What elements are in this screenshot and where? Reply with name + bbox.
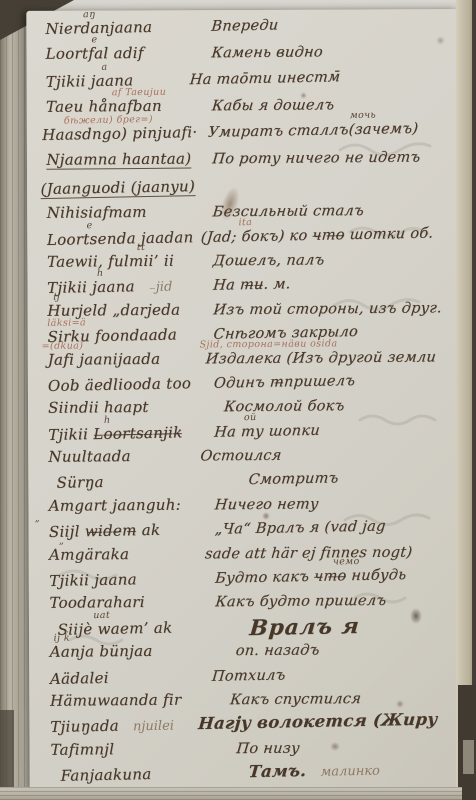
native-phrase: Sürŋa <box>50 470 222 492</box>
russian-translation: На тао̄ти инестм̄ <box>190 66 341 88</box>
russian-translation-text: (Jad; бокъ) ко ч̶т̶о̶ шотки об. <box>200 225 434 245</box>
native-phrase-text: Njaamna haantaa) <box>46 150 191 170</box>
native-phrase: e Loortfal adif <box>39 42 211 63</box>
translation-annotation: ita <box>238 217 252 228</box>
native-phrase-text: Nierdanjaana <box>45 18 152 38</box>
native-phrase-text: Taeu hånafban <box>46 97 162 116</box>
russian-translation: Кабы я дошелъ <box>212 94 335 114</box>
russian-translation: Sjid, сторона=нäви osida Издалека (Изъ д… <box>206 346 437 367</box>
russian-translation: Потхилъ <box>212 664 286 684</box>
russian-translation: Нагју волокется (Жиру <box>198 710 438 734</box>
russian-translation: мочь Умиратъ сталлъ(зачемъ) <box>208 118 419 141</box>
russian-translation-text: На тао̄ти инестм̄ <box>189 69 341 88</box>
russian-translation-text: Кабы я дошелъ <box>211 97 335 114</box>
phrase-annotation: ij <box>53 291 60 302</box>
russian-translation-text: Нагју волокется (Жиру <box>197 710 438 734</box>
translation-annotation: мочь <box>350 110 376 122</box>
russian-translation-text: Ничего нету <box>214 496 319 513</box>
native-phrase-text: Tjikii jaana <box>49 570 137 590</box>
phrase-annotation: e <box>86 220 92 231</box>
native-phrase: „ Siijl w̶i̶d̶e̶m̶ ak <box>43 519 215 541</box>
native-phrase: Toodarahari <box>43 592 215 613</box>
native-phrase: Tafimnjl <box>44 738 216 759</box>
native-phrase: Amgart jaanguh: <box>43 494 215 515</box>
native-phrase: Tjikii jaana <box>43 568 215 590</box>
russian-translation: „Ча“ Вралъ я (vad jag <box>215 516 386 538</box>
native-phrase-text: Oob äedliooda too <box>48 374 192 395</box>
russian-translation: Остоился <box>200 445 281 465</box>
phrase-annotation: aŋ <box>83 9 96 20</box>
native-phrase: ij k̈ Aanja bünjaa <box>44 641 216 662</box>
native-phrase-text: Sürŋa <box>56 473 104 492</box>
native-phrase-text: Fanjaakuna <box>60 765 151 785</box>
native-phrase-text: Loortfal adif <box>45 44 143 63</box>
russian-translation-text: Будто какъ ч̶т̶о̶ нибудь <box>215 567 408 587</box>
russian-translation-text: Умиратъ сталлъ(зачемъ) <box>207 121 419 141</box>
russian-translation: Смотритъ <box>248 468 338 489</box>
russian-translation: Безсильный сталъ <box>213 200 364 220</box>
native-phrase-text: Loortsenda jaadan <box>47 228 194 249</box>
russian-translation-text: Какъ будто пришелъ <box>215 593 387 611</box>
manuscript-photo: aŋ Nierdanjaana Впереди e Loortfal adif … <box>0 0 476 800</box>
native-phrase: uat Siijè waem’ ak <box>51 616 223 638</box>
russian-translation-text: Камень видно <box>211 44 324 61</box>
russian-translation-text: Издалека (Изъ другой земли <box>205 349 437 367</box>
native-phrase-text: Amgäraka <box>49 545 129 564</box>
native-phrase: af Taeujuu Taeu hånafban <box>40 95 212 116</box>
native-phrase: h Tjikii L̶o̶o̶r̶t̶s̶a̶n̶j̶i̶k̶ <box>42 421 214 443</box>
phrase-annotation: tt <box>137 242 146 253</box>
native-phrase: tt Taewii, fulmii’ ii <box>41 250 213 271</box>
russian-translation-text: Вралъ я <box>249 614 361 641</box>
russian-translation-text: Одинъ т̶пришелъ <box>213 373 356 392</box>
russian-translation: ой На ту шопки <box>214 419 320 440</box>
native-phrase: Siindii haapt <box>42 397 214 418</box>
entry-list: aŋ Nierdanjaana Впереди e Loortfal adif … <box>39 14 468 788</box>
russian-translation: чемо Будто какъ ч̶т̶о̶ нибудь <box>215 564 407 587</box>
phrase-annotation: „ <box>35 513 41 524</box>
russian-translation: Какъ спустился <box>230 688 361 708</box>
russian-translation-text: Дошелъ, палъ <box>212 252 325 269</box>
russian-translation-text: Остоился <box>200 448 283 465</box>
native-phrase: e Loortsenda jaadan <box>41 226 213 248</box>
native-phrase: Aädalei <box>44 665 216 687</box>
translation-annotation: Sjid, сторона=нäви osida <box>200 338 338 350</box>
native-phrase: (Jaanguodi (jaanyu) <box>34 175 206 197</box>
native-phrase-text: Siijè waem’ ak <box>57 618 172 638</box>
russian-translation: Изъ той стороны, изъ друг. <box>213 297 442 318</box>
russian-translation-text: По роту ничего не идетъ <box>212 150 422 168</box>
translation-annotation: ой <box>244 412 257 423</box>
faded-annotation: ₋jid <box>149 280 173 295</box>
phrase-annotation: a <box>101 62 107 73</box>
native-phrase-text: (Jaanguodi (jaanyu) <box>40 177 195 199</box>
russian-translation-text: Какъ спустился <box>229 691 362 708</box>
native-phrase: Njaamna haantaa) <box>40 148 212 169</box>
russian-translation: На т̶и̶. м. <box>213 274 291 294</box>
russian-translation-text: sade att här ej finnes nogt) <box>204 544 413 562</box>
native-phrase: Tjiuŋada njuilei <box>44 714 216 736</box>
russian-translation-text: На ту шопки <box>214 422 321 440</box>
native-phrase: aŋ Nierdanjaana <box>39 16 211 38</box>
native-phrase-text: Aädalei <box>50 668 109 687</box>
native-phrase: Oob äedliooda too <box>42 373 214 395</box>
phrase-annotation: ij k̈ <box>54 633 70 644</box>
phrase-annotation: e <box>91 34 97 45</box>
native-phrase-text: Tjikii L̶o̶o̶r̶t̶s̶a̶n̶j̶i̶k̶ <box>48 423 183 444</box>
russian-translation: По низу <box>236 737 299 757</box>
translation-annotation: чемо <box>333 556 360 568</box>
russian-translation-text: Тамъ. <box>248 761 308 781</box>
phrase-annotation: af Taeujuu <box>112 87 166 98</box>
russian-translation-text: Космолой бокъ <box>223 398 345 415</box>
russian-translation-text: Потхилъ <box>211 667 286 684</box>
russian-translation: Тамъ. малинко <box>248 760 380 782</box>
russian-translation-text: По низу <box>236 740 301 757</box>
russian-translation: Ничего нету <box>215 493 319 513</box>
native-phrase: бѣжели) брег=) Haasdngo) pinjuafi· <box>36 122 208 144</box>
native-phrase: h Tjikii jaana ₋jid <box>41 275 213 297</box>
native-phrase-text: Hämuwaanda fir <box>50 691 181 710</box>
russian-translation: Одинъ т̶пришелъ <box>214 370 356 392</box>
native-phrase-text: Siindii haapt <box>48 398 149 417</box>
russian-translation-text: Безсильный сталъ <box>212 203 365 220</box>
phrase-annotation: läksi=ä <box>47 317 86 329</box>
native-phrase-text: Nihisiafmam <box>47 203 147 222</box>
russian-translation: Вралъ я <box>249 614 360 641</box>
native-phrase: Nihisiafmam <box>41 202 213 223</box>
native-phrase: ij Hurjeld „darjeda <box>41 299 213 320</box>
russian-translation: sade att här ej finnes nogt) <box>205 541 412 562</box>
russian-translation-text: Изъ той стороны, изъ друг. <box>213 300 443 318</box>
native-phrase-text: Siijl w̶i̶d̶e̶m̶ ak <box>49 521 161 541</box>
phrase-annotation: бѣжели) брег=) <box>64 114 153 127</box>
phrase-annotation: =(dkua) <box>42 340 84 351</box>
native-phrase-text: Amgart jaanguh: <box>49 495 181 514</box>
russian-translation: ita (Jad; бокъ) ко ч̶т̶о̶ шотки об. <box>201 222 434 245</box>
native-phrase-text: Tafimnjl <box>50 740 114 759</box>
russian-translation-text: „Ча“ Вралъ я (vad jag <box>214 519 386 538</box>
native-phrase: Hämuwaanda fir <box>44 689 216 710</box>
russian-translation: Космолой бокъ <box>224 395 345 415</box>
russian-translation-text: Смотритъ <box>248 471 339 489</box>
russian-translation: Дошелъ, палъ <box>213 249 325 269</box>
phrase-annotation: h <box>97 268 104 279</box>
native-phrase-text: Aanja bünjaa <box>50 642 153 661</box>
russian-translation: Впереди <box>211 14 278 34</box>
native-phrase: Fanjaakuna <box>54 763 226 785</box>
phrase-annotation: „ <box>59 535 64 546</box>
phrase-annotation: uat <box>93 610 110 621</box>
faded-annotation: njuilei <box>133 719 174 735</box>
russian-translation: Какъ будто пришелъ <box>215 590 386 610</box>
russian-translation-text: Впереди <box>211 17 279 34</box>
russian-translation: Камень видно <box>211 41 323 61</box>
native-phrase-text: Nuultaada <box>48 447 131 466</box>
faded-annotation: малинко <box>320 764 380 780</box>
native-phrase: =(dkua) Jafi jaanijaada <box>42 348 214 369</box>
native-phrase-text: Taewii, fulmii’ ii <box>47 252 174 271</box>
phrase-annotation: h <box>104 414 111 425</box>
russian-translation-text: оп. назадъ <box>235 643 320 660</box>
russian-translation: По роту ничего не идетъ <box>212 147 420 168</box>
book-cover-edge <box>472 0 476 800</box>
native-phrase: Nuultaada <box>42 445 214 466</box>
native-phrase-text: Tjikii jaana <box>47 278 135 298</box>
russian-translation: оп. назадъ <box>236 640 320 660</box>
russian-translation-text: На т̶и̶. м. <box>212 277 291 295</box>
native-phrase-text: Tjiuŋada <box>50 717 119 736</box>
native-phrase: „ Amgäraka <box>43 543 215 564</box>
native-phrase-text: Jafi jaanijaada <box>48 349 161 368</box>
